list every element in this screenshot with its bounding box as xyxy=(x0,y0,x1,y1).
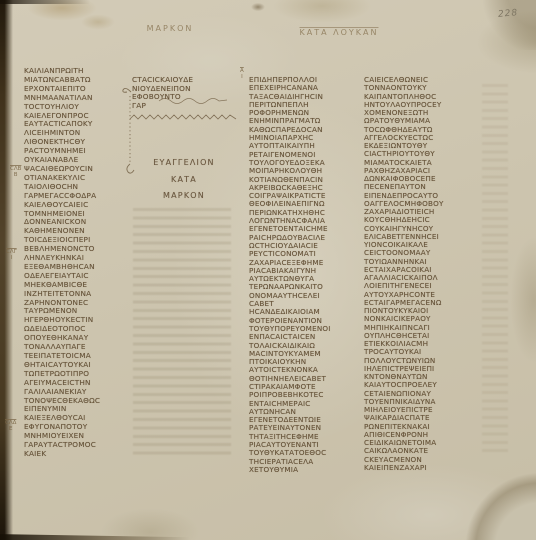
canon-number: Ε xyxy=(9,426,12,432)
page-bottom-edge xyxy=(0,531,190,540)
column-3-luke-text: ΕΠΙΔΗΠΕΡΠΟΛΛΟΙ ΕΠΕΧΕΙΡΗCΑΝΑΝΑ ΤΑΞΑCΘΑΙΔΙ… xyxy=(249,76,361,474)
eusebian-section-mark: CΛΔ Ε xyxy=(5,420,16,432)
page-top-right-shadow xyxy=(476,0,536,50)
running-title-luke: ΚΑΤΑ ΛΟΥΚΑΝ xyxy=(287,28,391,37)
coronis-ornament xyxy=(129,113,241,123)
end-flourish-ornament xyxy=(158,96,230,104)
canon-number: Β xyxy=(14,172,18,178)
mark-subscription: ΕΥΑΓΓΕΛΙΟΝ ΚΑΤΑ ΜΑΡΚΟΝ xyxy=(133,155,235,205)
running-title-mark: ΜΑΡΚΟΝ xyxy=(130,24,210,33)
column-4-luke-text: CΑΙΕΙCΕΛΘΩΝΕΙC ΤΟΝΝΑΟΝΤΟΥΚΥ ΚΑΙΠΑΝΤΟΠΛΗΘ… xyxy=(364,76,478,472)
eusebian-section-mark: CΛΓ Ι xyxy=(6,249,17,261)
column-2-mark-ending: CΤΑCΙCΚΑΙΟΥΔΕ ΝΙΟΥΔΕΝΕΙΠΟΝ ΕΦΟΒΟΥΝΤΟ ΓΑΡ xyxy=(132,76,236,110)
bleed-through-text xyxy=(482,84,508,454)
eusebian-section-mark: Α Ι xyxy=(240,68,244,80)
canon-number: Ι xyxy=(11,255,13,261)
canon-number: Ι xyxy=(241,74,243,80)
page-corner-curl xyxy=(456,466,536,540)
bleed-through-text xyxy=(133,208,231,456)
page-top-edge xyxy=(0,0,90,4)
binding-edge xyxy=(0,0,13,540)
eusebian-section-mark: CΛΒ Β xyxy=(10,166,21,178)
manuscript-page: 228 ΜΑΡΚΟΝ ΚΑΤΑ ΛΟΥΚΑΝ ΚΑΙΛΙΑΝΠΡΩΙΤΗ ΜΙΑ… xyxy=(0,0,536,540)
folio-number: 228 xyxy=(498,8,519,20)
column-1-mark-text: ΚΑΙΛΙΑΝΠΡΩΙΤΗ ΜΙΑΤΩΝCΑΒΒΑΤΩ ΕΡΧΟΝΤΑΙΕΠΙΤ… xyxy=(24,67,128,459)
